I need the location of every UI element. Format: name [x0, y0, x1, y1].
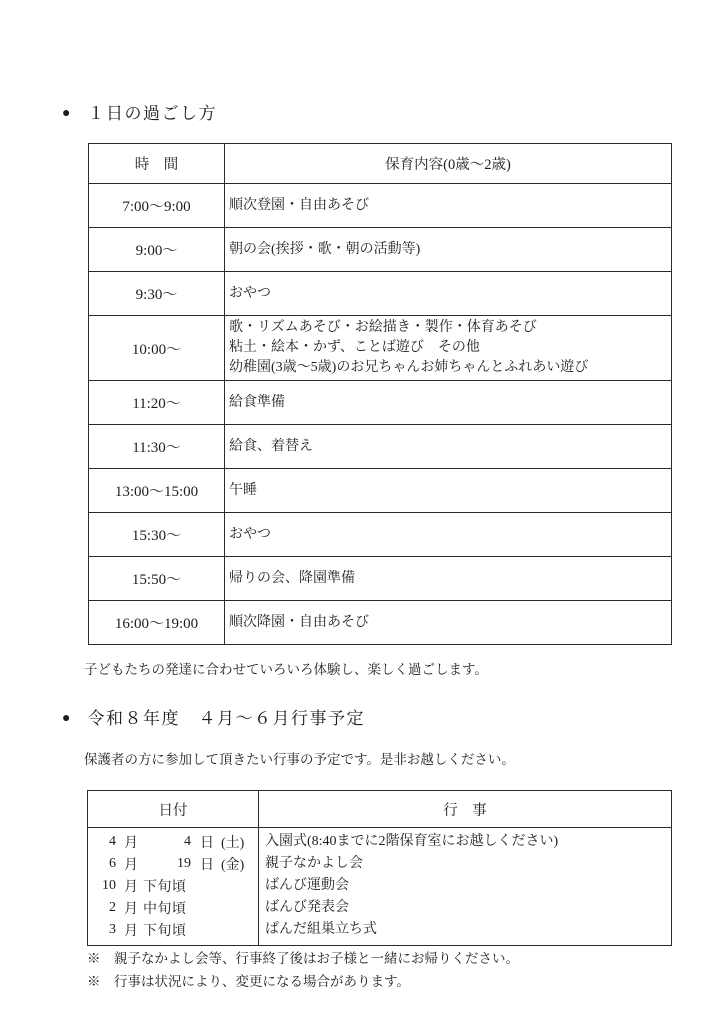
- content-cell: 朝の会(挨拶・歌・朝の活動等): [225, 228, 672, 272]
- content-cell: おやつ: [225, 272, 672, 316]
- event-month: 3: [92, 922, 116, 938]
- day-unit: 日: [197, 832, 217, 852]
- event-date: 2 月 中旬頃: [88, 897, 258, 919]
- events-body-row: 4 月 4 日 (土) 6 月 19 日 (金) 10: [88, 828, 672, 946]
- events-intro: 保護者の方に参加して頂きたい行事の予定です。是非お越しください。: [84, 748, 515, 768]
- event-date: 3 月 下旬頃: [88, 919, 258, 941]
- table-row: 9:00～ 朝の会(挨拶・歌・朝の活動等): [89, 228, 672, 272]
- event-name: ぱんだ組巣立ち式: [259, 919, 671, 941]
- table-row: 15:50～ 帰りの会、降園準備: [89, 557, 672, 601]
- table-row: 11:30～ 給食、着替え: [89, 425, 672, 469]
- event-day: 19: [143, 856, 191, 872]
- time-cell: 15:50～: [89, 557, 225, 601]
- month-unit: 月: [121, 898, 141, 918]
- event-day: 下旬頃: [143, 876, 191, 896]
- event-month: 10: [92, 878, 116, 894]
- content-column-header: 保育内容(0歳～2歳): [225, 144, 672, 184]
- event-day: 下旬頃: [143, 920, 191, 940]
- table-row: 13:00～15:00 午睡: [89, 469, 672, 513]
- content-cell: 帰りの会、降園準備: [225, 557, 672, 601]
- event-column-header: 行 事: [259, 791, 672, 828]
- table-row: 9:30～ おやつ: [89, 272, 672, 316]
- footnote: ※ 親子なかよし会等、行事終了後はお子様と一緒にお帰りください。: [87, 947, 519, 967]
- event-names-cell: 入園式(8:40までに2階保育室にお越しください) 親子なかよし会 ばんび運動会…: [259, 828, 672, 946]
- time-cell: 15:30～: [89, 513, 225, 557]
- event-weekday: (金): [221, 854, 244, 874]
- section1-heading: ● １日の過ごし方: [62, 99, 217, 124]
- event-day: 中旬頃: [143, 898, 191, 918]
- time-cell: 10:00～: [89, 316, 225, 381]
- footnote: ※ 行事は状況により、変更になる場合があります。: [87, 970, 410, 990]
- daily-schedule-table: 時 間 保育内容(0歳～2歳) 7:00～9:00 順次登園・自由あそび 9:0…: [88, 143, 672, 645]
- time-column-header: 時 間: [89, 144, 225, 184]
- section2-heading: ● 令和８年度 ４月～６月行事予定: [62, 704, 365, 729]
- table-row: 15:30～ おやつ: [89, 513, 672, 557]
- event-date: 10 月 下旬頃: [88, 875, 258, 897]
- time-cell: 9:30～: [89, 272, 225, 316]
- time-cell: 7:00～9:00: [89, 184, 225, 228]
- section2-title: 令和８年度 ４月～６月行事予定: [87, 704, 365, 729]
- event-name: 親子なかよし会: [259, 853, 671, 875]
- event-date: 6 月 19 日 (金): [88, 853, 258, 875]
- events-table: 日付 行 事 4 月 4 日 (土) 6 月 19: [87, 790, 672, 946]
- month-unit: 月: [121, 920, 141, 940]
- time-cell: 9:00～: [89, 228, 225, 272]
- bullet-icon: ●: [62, 709, 70, 725]
- content-cell: 歌・リズムあそび・お絵描き・製作・体育あそび 粘土・絵本・かず、ことば遊び その…: [225, 316, 672, 381]
- time-cell: 11:20～: [89, 381, 225, 425]
- document-page: ● １日の過ごし方 時 間 保育内容(0歳～2歳) 7:00～9:00 順次登園…: [0, 0, 725, 1024]
- content-cell: 順次降園・自由あそび: [225, 601, 672, 645]
- daily-note: 子どもたちの発達に合わせていろいろ体験し、楽しく過ごします。: [84, 658, 488, 678]
- content-cell: 給食準備: [225, 381, 672, 425]
- day-unit: 日: [197, 854, 217, 874]
- month-unit: 月: [121, 854, 141, 874]
- daily-table-header-row: 時 間 保育内容(0歳～2歳): [89, 144, 672, 184]
- event-month: 4: [92, 834, 116, 850]
- event-day: 4: [143, 834, 191, 850]
- event-dates-cell: 4 月 4 日 (土) 6 月 19 日 (金) 10: [88, 828, 259, 946]
- table-row: 10:00～ 歌・リズムあそび・お絵描き・製作・体育あそび 粘土・絵本・かず、こ…: [89, 316, 672, 381]
- time-cell: 11:30～: [89, 425, 225, 469]
- month-unit: 月: [121, 832, 141, 852]
- bullet-icon: ●: [62, 104, 70, 120]
- table-row: 16:00～19:00 順次降園・自由あそび: [89, 601, 672, 645]
- event-name: ばんび発表会: [259, 897, 671, 919]
- table-row: 11:20～ 給食準備: [89, 381, 672, 425]
- events-table-header-row: 日付 行 事: [88, 791, 672, 828]
- content-cell: 給食、着替え: [225, 425, 672, 469]
- section1-title: １日の過ごし方: [87, 99, 217, 124]
- event-month: 6: [92, 856, 116, 872]
- event-name: ばんび運動会: [259, 875, 671, 897]
- content-cell: 午睡: [225, 469, 672, 513]
- event-weekday: (土): [221, 832, 244, 852]
- time-cell: 16:00～19:00: [89, 601, 225, 645]
- content-cell: 順次登園・自由あそび: [225, 184, 672, 228]
- event-name: 入園式(8:40までに2階保育室にお越しください): [259, 831, 671, 853]
- table-row: 7:00～9:00 順次登園・自由あそび: [89, 184, 672, 228]
- date-column-header: 日付: [88, 791, 259, 828]
- event-month: 2: [92, 900, 116, 916]
- content-cell: おやつ: [225, 513, 672, 557]
- month-unit: 月: [121, 876, 141, 896]
- event-date: 4 月 4 日 (土): [88, 831, 258, 853]
- time-cell: 13:00～15:00: [89, 469, 225, 513]
